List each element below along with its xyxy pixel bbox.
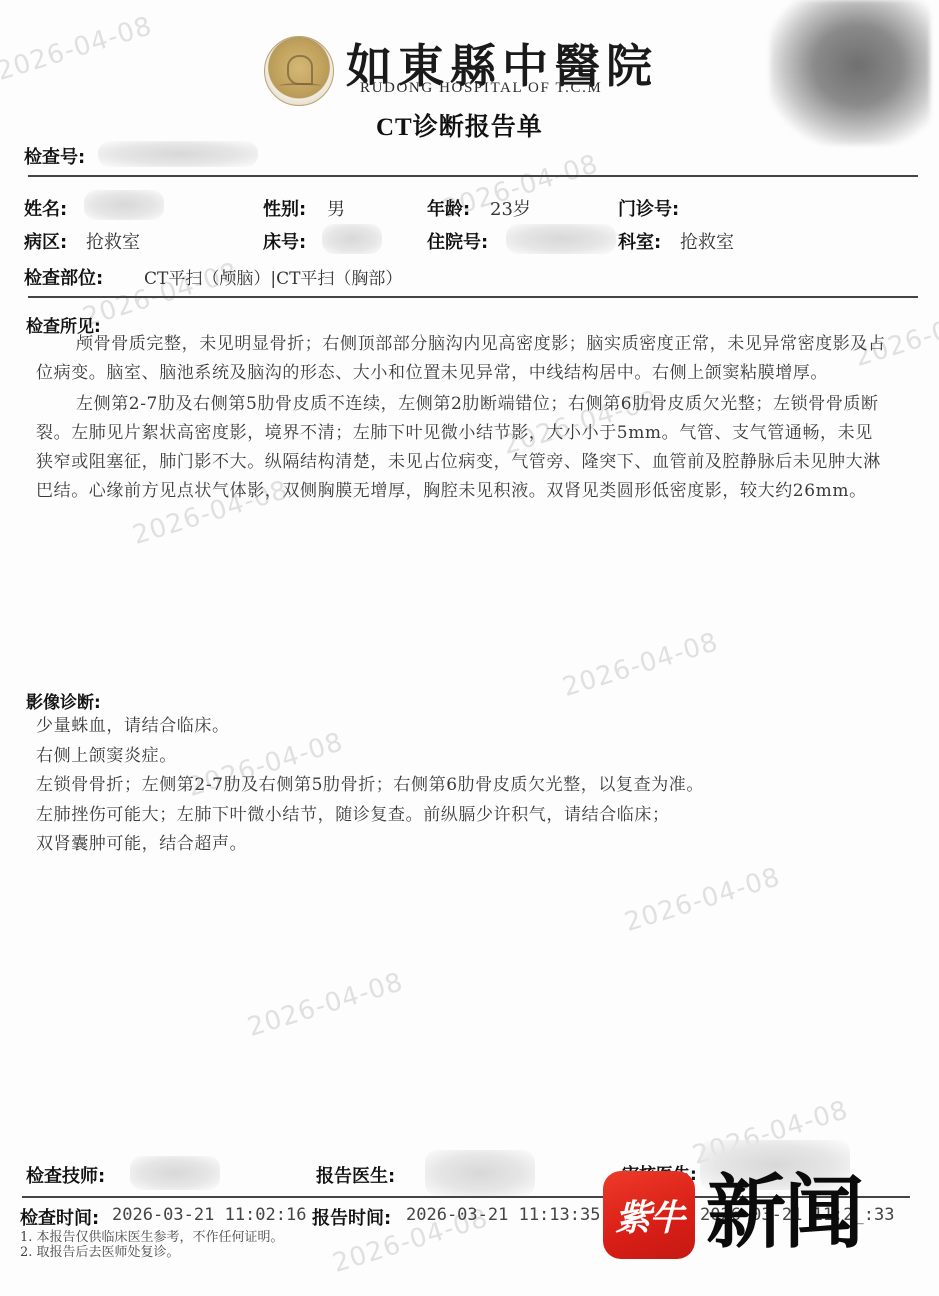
diagnosis-item: 少量蛛血，请结合临床。 [36,712,896,742]
department-label: 科室: [618,228,661,254]
divider [28,296,918,298]
exam-no-redacted [98,141,258,167]
department-value: 抢救室 [680,228,734,254]
blurred-qr-code [770,0,930,145]
watermark-date: 2026-04-08 [559,627,722,703]
gender-label: 性别: [263,195,306,221]
exam-site-value: CT平扫（颅脑）|CT平扫（胸部） [144,264,402,289]
gender-value: 男 [327,195,345,221]
age-label: 年龄: [427,195,470,221]
ward-label: 病区: [24,228,67,254]
name-label: 姓名: [24,195,67,221]
diagnosis-item: 右侧上颌窦炎症。 [36,742,896,772]
divider [28,175,918,177]
diagnosis-title: 影像诊断: [26,688,101,713]
inpatient-no-redacted [506,224,616,254]
diagnosis-item: 双肾囊肿可能，结合超声。 [36,830,896,860]
ziniu-logo-icon: 紫牛 [603,1171,695,1259]
note-item: 2. 取报告后去医师处复诊。 [20,1245,284,1260]
ward-value: 抢救室 [86,228,140,254]
findings-body: 颅骨骨质完整，未见明显骨折；右侧顶部部分脑沟内见高密度影；脑实质密度正常，未见异… [36,330,888,506]
exam-time-value: 2026-03-21 11:02:16 [112,1205,306,1225]
note-item: 1. 本报告仅供临床医生参考，不作任何证明。 [20,1230,284,1245]
name-redacted [84,190,164,220]
inpatient-no-label: 住院号: [427,228,488,254]
exam-site-label: 检查部位: [24,264,103,290]
report-time-label: 报告时间: [312,1204,391,1230]
outpatient-no-label: 门诊号: [618,195,679,221]
age-value: 23岁 [490,195,531,221]
ziniu-news-wordmark: 新闻 [706,1162,862,1262]
diagnosis-item: 左肺挫伤可能大；左肺下叶微小结节，随诊复查。前纵膈少许积气，请结合临床； [36,801,896,831]
watermark-date: 2026-04-08 [244,967,407,1043]
hospital-logo-icon [264,36,334,106]
diagnosis-item: 左锁骨骨折；左侧第2-7肋及右侧第5肋骨折；右侧第6肋骨皮质欠光整，以复查为准。 [36,771,896,801]
findings-paragraph-chest: 左侧第2-7肋及右侧第5肋骨皮质不连续，左侧第2肋断端错位；右侧第6肋骨皮质欠光… [36,390,888,506]
hospital-name-en: RUDONG HOSPITAL OF T.C.M [360,80,602,97]
exam-no-label: 检查号: [24,143,85,169]
watermark-date: 2026-04-08 [0,11,156,87]
findings-paragraph-brain: 颅骨骨质完整，未见明显骨折；右侧顶部部分脑沟内见高密度影；脑实质密度正常，未见异… [36,330,888,388]
bed-no-redacted [322,224,382,254]
footer-notes: 1. 本报告仅供临床医生参考，不作任何证明。 2. 取报告后去医师处复诊。 [20,1230,284,1260]
technician-label: 检查技师: [26,1162,105,1188]
report-title: CT诊断报告单 [376,107,543,143]
watermark-date: 2026-04-08 [621,862,784,938]
reporting-doctor-label: 报告医生: [316,1162,395,1188]
diagnosis-list: 少量蛛血，请结合临床。 右侧上颌窦炎症。 左锁骨骨折；左侧第2-7肋及右侧第5肋… [36,712,896,860]
exam-time-label: 检查时间: [20,1204,99,1230]
technician-redacted [130,1156,220,1190]
reporting-doctor-redacted [425,1150,535,1196]
bed-no-label: 床号: [263,228,306,254]
report-time-value: 2026-03-21 11:13:35 [406,1205,600,1225]
